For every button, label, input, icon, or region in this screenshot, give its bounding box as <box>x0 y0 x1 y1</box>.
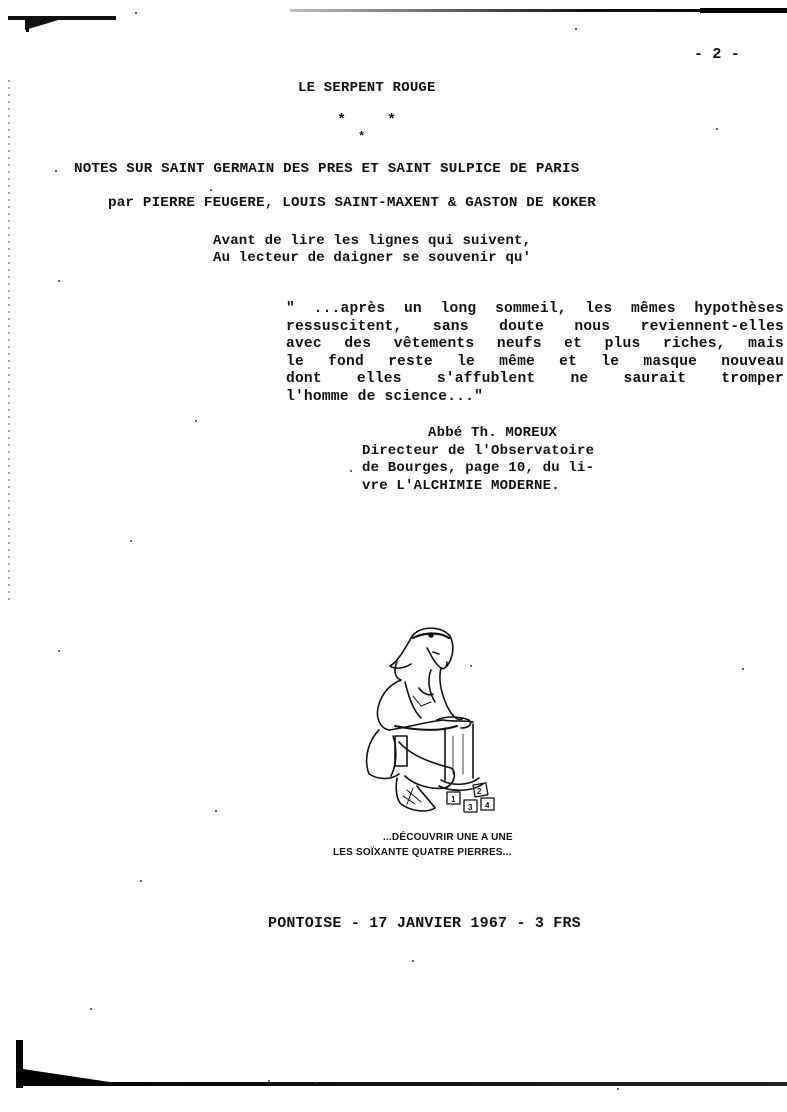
block-number: 4 <box>485 801 490 810</box>
block-number: 2 <box>477 787 482 796</box>
quote-line: l'homme de science..." <box>286 389 784 407</box>
scan-speck <box>140 880 142 882</box>
document-footer: PONTOISE - 17 JANVIER 1967 - 3 FRS <box>268 915 581 932</box>
epigraph-quote: " ...après un long sommeil, les mêmes hy… <box>286 301 784 407</box>
scan-speck <box>350 470 352 472</box>
scan-speck <box>268 1080 270 1082</box>
scan-speck <box>90 1008 92 1010</box>
caption-line: ...DÉCOUVRIR UNE A UNE <box>333 830 533 845</box>
scan-edge-top-right <box>700 8 787 13</box>
scan-speck <box>742 668 744 670</box>
scan-speck <box>55 170 57 172</box>
ornament-stars: * * <box>337 112 412 129</box>
quote-line: " ...après un long sommeil, les mêmes hy… <box>286 301 784 319</box>
quote-attribution: Abbé Th. MOREUXDirecteur de l'Observatoi… <box>362 425 594 495</box>
preface-line: Au lecteur de daigner se souvenir qu' <box>213 250 531 266</box>
scan-speck <box>617 1088 619 1090</box>
scan-speck <box>315 1082 317 1084</box>
scan-speck <box>210 189 212 191</box>
seated-woman-illustration: 1 2 3 4 <box>335 618 510 823</box>
document-subtitle: NOTES SUR SAINT GERMAIN DES PRES ET SAIN… <box>74 161 579 177</box>
attribution-author: Abbé Th. MOREUX <box>362 425 594 443</box>
scan-speck <box>58 280 60 282</box>
illustration-caption: ...DÉCOUVRIR UNE A UNE LES SOÏXANTE QUAT… <box>333 830 533 860</box>
attribution-line: Directeur de l'Observatoire <box>362 443 594 459</box>
preface-line: Avant de lire les lignes qui suivent, <box>213 233 531 249</box>
scan-speck <box>130 540 132 542</box>
quote-line: le fond reste le même et le masque nouve… <box>286 354 784 372</box>
scan-speck <box>135 12 137 14</box>
scan-speck <box>716 128 718 130</box>
preface: Avant de lire les lignes qui suivent, Au… <box>213 233 531 267</box>
scan-speck <box>412 960 414 962</box>
scan-speck <box>575 28 577 30</box>
block-number: 3 <box>468 803 473 812</box>
page-number: - 2 - <box>694 46 740 63</box>
document-authors: par PIERRE FEUGERE, LOUIS SAINT-MAXENT &… <box>108 195 596 211</box>
scan-speck <box>195 420 197 422</box>
quote-line: ressuscitent, sans doute nous reviennent… <box>286 319 784 337</box>
scan-edge-bottom <box>16 1082 787 1086</box>
scan-left-margin-specks <box>8 80 10 600</box>
document-title: LE SERPENT ROUGE <box>298 80 436 96</box>
scan-corner-top-left-wedge <box>25 18 65 30</box>
ornament-star-bottom: * <box>358 130 365 144</box>
scan-corner-top-left-stem <box>26 18 29 32</box>
quote-line: dont elles s'affublent ne saurait trompe… <box>286 371 784 389</box>
attribution-line: de Bourges, page 10, du li- <box>362 460 594 476</box>
scan-speck <box>58 650 60 652</box>
attribution-line: vre L'ALCHIMIE MODERNE. <box>362 478 560 494</box>
quote-line: avec des vêtements neufs et plus riches,… <box>286 336 784 354</box>
caption-line: LES SOÏXANTE QUATRE PIERRES... <box>333 845 533 860</box>
block-number: 1 <box>451 795 456 804</box>
scan-speck <box>215 810 217 812</box>
